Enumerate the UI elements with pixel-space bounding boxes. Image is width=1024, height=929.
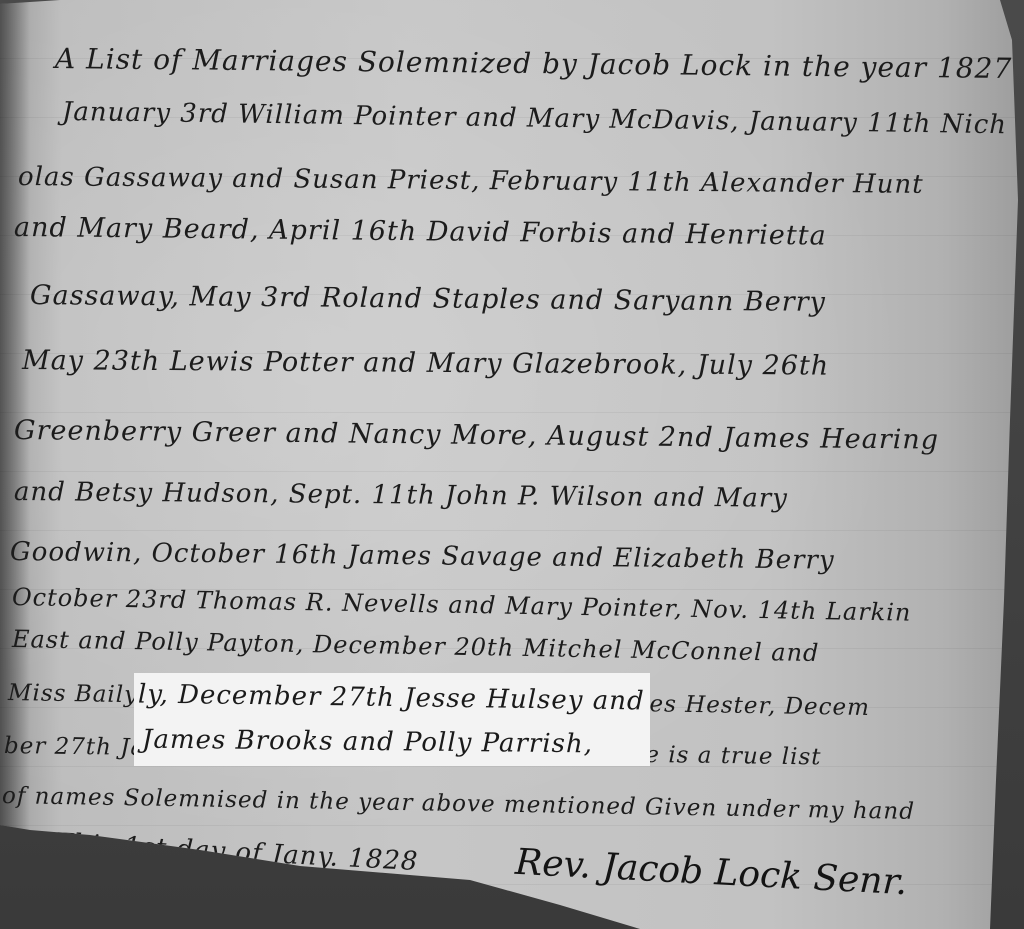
text-line: May 23th Lewis Potter and Mary Glazebroo… bbox=[22, 345, 829, 382]
highlighted-region: ly, December 27th Jesse Hulsey and James… bbox=[134, 673, 650, 766]
text-line: olas Gassaway and Susan Priest, February… bbox=[18, 162, 924, 200]
text-line: Greenberry Greer and Nancy More, August … bbox=[14, 415, 939, 456]
highlighted-line-2: James Brooks and Polly Parrish, bbox=[142, 725, 593, 760]
text-line: October 23rd Thomas R. Nevells and Mary … bbox=[12, 583, 912, 627]
document-page: A List of Marriages Solemnized by Jacob … bbox=[0, 0, 1024, 929]
text-line: Gassaway, May 3rd Roland Staples and Sar… bbox=[30, 280, 826, 318]
document-title-line: A List of Marriages Solemnized by Jacob … bbox=[55, 42, 1013, 85]
text-line: Goodwin, October 16th James Savage and E… bbox=[10, 537, 835, 576]
page-edge-shadow bbox=[0, 0, 30, 830]
text-line: and Mary Beard, April 16th David Forbis … bbox=[14, 212, 827, 252]
text-line: and Betsy Hudson, Sept. 11th John P. Wil… bbox=[14, 477, 788, 514]
text-line: East and Polly Payton, December 20th Mit… bbox=[12, 625, 820, 667]
text-line: of names Solemnised in the year above me… bbox=[2, 783, 915, 825]
highlighted-line-1: ly, December 27th Jesse Hulsey and bbox=[138, 679, 645, 716]
text-line: January 3rd William Pointer and Mary McD… bbox=[62, 97, 1007, 140]
signature: Rev. Jacob Lock Senr. bbox=[514, 842, 908, 903]
